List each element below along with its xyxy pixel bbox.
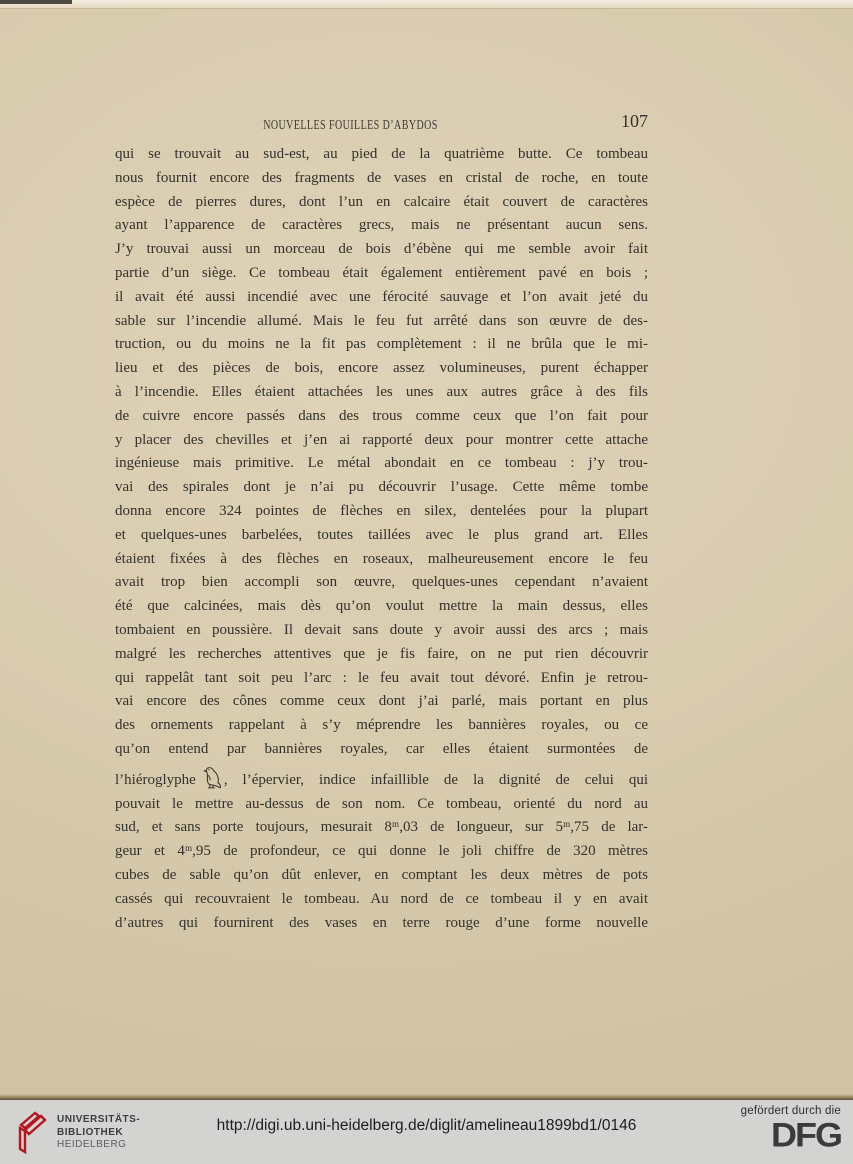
text-line: vai des spirales dont je n’ai pu découvr… (115, 476, 648, 500)
text-line: ayant l’apparence de caractères grecs, m… (115, 214, 648, 238)
text-line: geur et 4ᵐ,95 de profondeur, ce qui donn… (115, 840, 648, 864)
text-line: y placer des chevilles et j’en ai rappor… (115, 429, 648, 453)
viewer-footer: UNIVERSITÄTS- BIBLIOTHEK HEIDELBERG http… (0, 1100, 853, 1164)
text-line: d’autres qui fournirent des vases en ter… (115, 912, 648, 936)
text-line: de cuivre encore passés dans des trous c… (115, 405, 648, 429)
falcon-hieroglyph-icon (203, 766, 222, 793)
text-line: qui rappelât tant soit peu l’arc : le fe… (115, 667, 648, 691)
text-line: vai encore des cônes comme ceux dont j’a… (115, 690, 648, 714)
text-line: des ornements rappelant à s’y méprendre … (115, 714, 648, 738)
glyph-line-before: l’hiéroglyphe (115, 772, 196, 788)
text-line: sable sur l’incendie allumé. Mais le feu… (115, 310, 648, 334)
text-line: ingénieuse mais primitive. Le métal abon… (115, 452, 648, 476)
document-url: http://digi.ub.uni-heidelberg.de/diglit/… (0, 1117, 853, 1135)
running-title: NOUVELLES FOUILLES D’ABYDOS (153, 117, 547, 133)
text-line: été que calcinées, mais dès qu’on voulut… (115, 595, 648, 619)
scan-top-edge (0, 0, 853, 9)
text-line-with-hieroglyph: l’hiéroglyphe , l’épervier, indice infai… (115, 766, 648, 793)
text-line: qu’on entend par bannières royales, car … (115, 738, 648, 762)
text-line: lieu et des pièces de bois, encore assez… (115, 357, 648, 381)
text-line: J’y trouvai aussi un morceau de bois d’é… (115, 238, 648, 262)
page-body-text: qui se trouvait au sud-est, au pied de l… (115, 143, 648, 935)
text-line: et quelques-unes barbelées, toutes taill… (115, 524, 648, 548)
text-line: qui se trouvait au sud-est, au pied de l… (115, 143, 648, 167)
text-line: sud, et sans porte toujours, mesurait 8ᵐ… (115, 816, 648, 840)
glyph-line-after: , l’épervier, indice infaillible de la d… (224, 772, 648, 788)
text-line: malgré les recherches attentives que je … (115, 643, 648, 667)
text-line: partie d’un siège. Ce tombeau était égal… (115, 262, 648, 286)
text-line: nous fournit encore des fragments de vas… (115, 167, 648, 191)
library-name-line: HEIDELBERG (57, 1139, 140, 1152)
text-line: cassés qui recouvraient le tombeau. Au n… (115, 888, 648, 912)
text-line: pouvait le mettre au-dessus de son nom. … (115, 793, 648, 817)
text-line: espèce de pierres dures, dont l’un en ca… (115, 191, 648, 215)
scanned-book-page: NOUVELLES FOUILLES D’ABYDOS 107 qui se t… (0, 0, 853, 1164)
text-line: donna encore 324 pointes de flèches en s… (115, 500, 648, 524)
funding-branding: gefördert durch die DFG (741, 1105, 841, 1154)
text-line: avait trop bien accompli son œuvre, quel… (115, 571, 648, 595)
text-line: étaient fixées à des flèches en roseaux,… (115, 548, 648, 572)
scan-corner-artifact (0, 0, 72, 4)
text-line: cubes de sable qu’on dût enlever, en com… (115, 864, 648, 888)
text-line: truction, ou du moins ne la fit pas comp… (115, 333, 648, 357)
dfg-logo: DFG (741, 1118, 841, 1152)
text-line: tombaient en poussière. Il devait sans d… (115, 619, 648, 643)
text-line: il avait été aussi incendié avec une fér… (115, 286, 648, 310)
text-line: à l’incendie. Elles étaient attachées le… (115, 381, 648, 405)
page-number: 107 (568, 111, 648, 132)
